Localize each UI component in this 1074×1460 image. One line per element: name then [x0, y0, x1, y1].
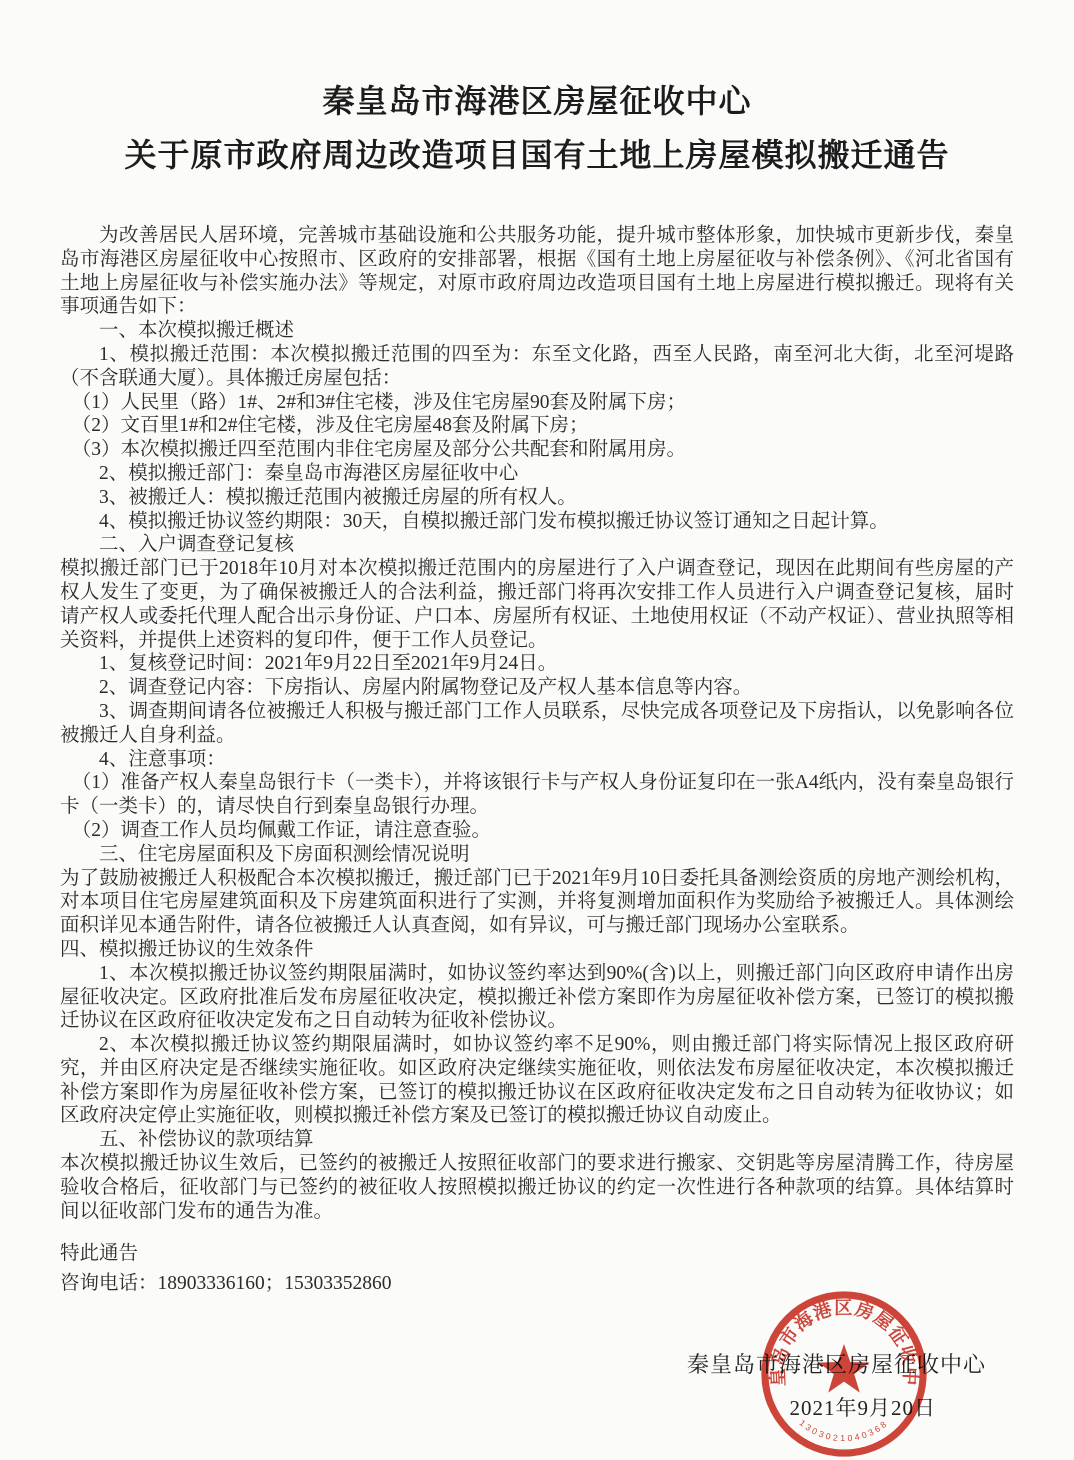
para-settlement: 本次模拟搬迁协议生效后，已签约的被搬迁人按照征收部门的要求进行搬家、交钥匙等房屋…	[60, 1152, 1014, 1223]
closing-notice: 特此通告	[60, 1239, 1014, 1269]
signature-date: 2021年9月20日	[790, 1392, 937, 1422]
item-scope-2: （2）文百里1#和2#住宅楼，涉及住宅房屋48套及附属下房；	[60, 414, 1014, 438]
para-effective-1: 1、本次模拟搬迁协议签约期限届满时，如协议签约率达到90%(含)以上，则搬迁部门…	[60, 962, 1014, 1033]
para-relocatees: 3、被搬迁人：模拟搬迁范围内被搬迁房屋的所有权人。	[60, 486, 1014, 510]
heading-section-4: 四、模拟搬迁协议的生效条件	[60, 938, 1014, 962]
para-department: 2、模拟搬迁部门：秦皇岛市海港区房屋征收中心	[60, 462, 1014, 486]
para-scope: 1、模拟搬迁范围：本次模拟搬迁范围的四至为：东至文化路，西至人民路，南至河北大街…	[60, 343, 1014, 391]
para-effective-2: 2、本次模拟搬迁协议签约期限届满时，如协议签约率不足90%，则由搬迁部门将实际情…	[60, 1033, 1014, 1128]
item-note-1: （1）准备产权人秦皇岛银行卡（一类卡），并将该银行卡与产权人身份证复印在一张A4…	[60, 771, 1014, 819]
notice-document: 秦皇岛市海港区房屋征收中心 关于原市政府周边改造项目国有土地上房屋模拟搬迁通告 …	[0, 0, 1074, 1460]
signature-org: 秦皇岛市海港区房屋征收中心	[687, 1348, 986, 1379]
item-note-2: （2）调查工作人员均佩戴工作证，请注意查验。	[60, 819, 1014, 843]
doc-body: 为改善居民人居环境，完善城市基础设施和公共服务功能，提升城市整体形象，加快城市更…	[60, 224, 1014, 1223]
item-scope-1: （1）人民里（路）1#、2#和3#住宅楼，涉及住宅房屋90套及附属下房；	[60, 391, 1014, 415]
para-surveying: 为了鼓励被搬迁人积极配合本次模拟搬迁，搬迁部门已于2021年9月10日委托具备测…	[60, 867, 1014, 938]
heading-section-2: 二、入户调查登记复核	[60, 533, 1014, 557]
doc-subject-title: 关于原市政府周边改造项目国有土地上房屋模拟搬迁通告	[0, 134, 1074, 176]
doc-org-title: 秦皇岛市海港区房屋征收中心	[0, 80, 1074, 122]
para-review-content: 2、调查登记内容：下房指认、房屋内附属物登记及产权人基本信息等内容。	[60, 676, 1014, 700]
contact-phone: 咨询电话：18903336160；15303352860	[60, 1269, 1014, 1299]
para-review-contact: 3、调查期间请各位被搬迁人积极与搬迁部门工作人员联系，尽快完成各项登记及下房指认…	[60, 700, 1014, 748]
heading-section-5: 五、补偿协议的款项结算	[60, 1128, 1014, 1152]
para-intro: 为改善居民人居环境，完善城市基础设施和公共服务功能，提升城市整体形象，加快城市更…	[60, 224, 1014, 319]
para-survey-review: 模拟搬迁部门已于2018年10月对本次模拟搬迁范围内的房屋进行了入户调查登记，现…	[60, 557, 1014, 652]
item-scope-3: （3）本次模拟搬迁四至范围内非住宅房屋及部分公共配套和附属用房。	[60, 438, 1014, 462]
heading-section-1: 一、本次模拟搬迁概述	[60, 319, 1014, 343]
closing-block: 特此通告 咨询电话：18903336160；15303352860	[60, 1239, 1014, 1299]
heading-section-3: 三、住宅房屋面积及下房面积测绘情况说明	[60, 843, 1014, 867]
para-signing-period: 4、模拟搬迁协议签约期限：30天，自模拟搬迁部门发布模拟搬迁协议签订通知之日起计…	[60, 510, 1014, 534]
para-review-time: 1、复核登记时间：2021年9月22日至2021年9月24日。	[60, 652, 1014, 676]
para-notes-heading: 4、注意事项：	[60, 748, 1014, 772]
title-block: 秦皇岛市海港区房屋征收中心 关于原市政府周边改造项目国有土地上房屋模拟搬迁通告	[0, 0, 1074, 176]
